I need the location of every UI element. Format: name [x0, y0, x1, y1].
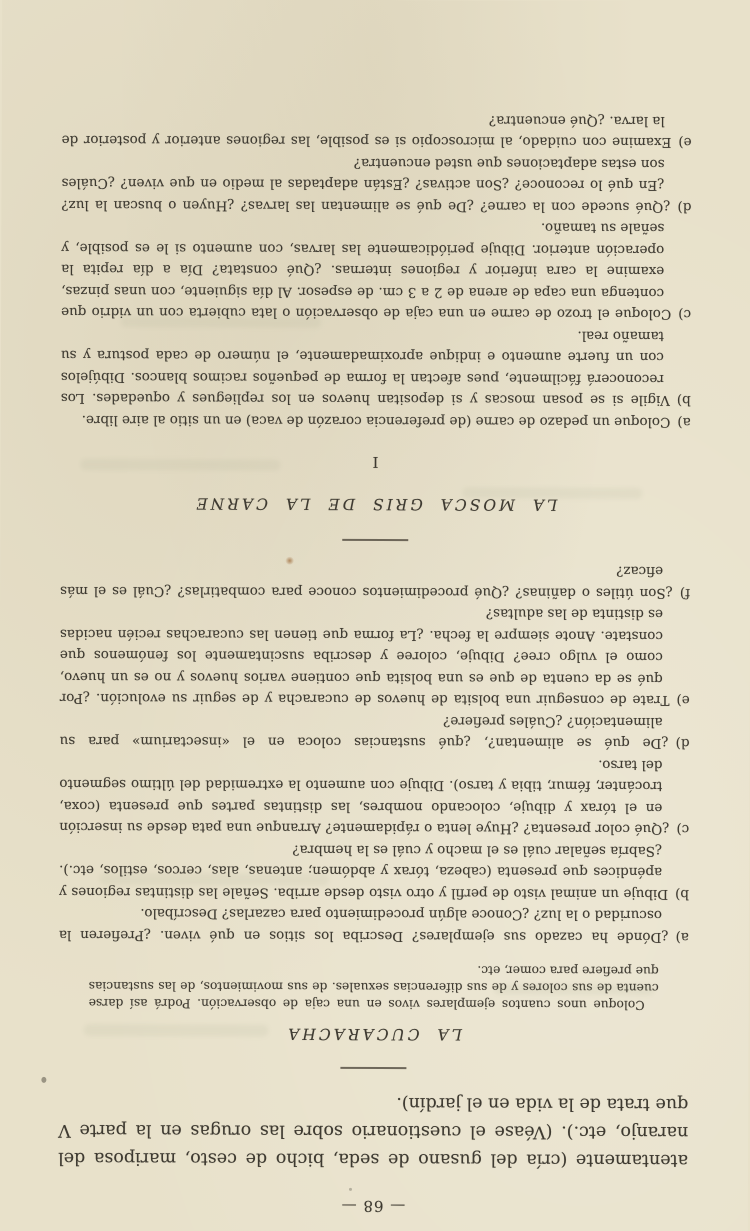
section-divider	[340, 1067, 406, 1069]
opening-paragraph: atentamente (cría del gusano de seda, bi…	[58, 1088, 688, 1174]
questionnaire-mosca: a)Coloque un pedazo de carne (de prefere…	[61, 107, 692, 432]
item-label: c)	[676, 822, 689, 838]
page-number: — 68 —	[58, 1196, 688, 1216]
item-text: Examine con cuidado, al microscopio si e…	[62, 112, 672, 150]
section-divider	[342, 539, 408, 541]
item-label: c)	[678, 307, 691, 323]
questionnaire-item: c)Coloque el trozo de carne en una caja …	[61, 215, 691, 325]
subsection-numeral: I	[61, 452, 691, 472]
scanned-book-page-upside-down: — 68 — atentamente (cría del gusano de s…	[0, 0, 750, 1231]
section-heading-cucaracha: LA CUCARACHA	[59, 1024, 689, 1044]
questionnaire-item: e)Examine con cuidado, al microscopio si…	[62, 107, 692, 152]
item-label: d)	[676, 736, 690, 752]
item-text: Dibuje un animal visto de perfil y otro …	[59, 842, 668, 902]
item-label: d)	[677, 199, 691, 215]
item-text: Coloque un pedazo de carne (de preferenc…	[82, 412, 671, 430]
questionnaire-item: b)Dibuje un animal visto de perfil y otr…	[59, 837, 689, 904]
item-text: ¿Qué sucede con la carne? ¿De qué se ali…	[61, 155, 670, 215]
questionnaire-cucaracha: a)¿Dónde ha cazado sus ejemplares? Descr…	[59, 558, 690, 947]
item-label: a)	[676, 929, 689, 945]
section-note: Coloque unos cuantos ejemplares vivos en…	[89, 960, 659, 1013]
item-text: ¿Qué color presenta? ¿Huye lenta o rápid…	[59, 757, 669, 838]
questionnaire-item: c)¿Qué color presenta? ¿Huye lenta o ráp…	[59, 751, 689, 839]
questionnaire-item: a)¿Dónde ha cazado sus ejemplares? Descr…	[59, 902, 689, 947]
item-text: ¿Dónde ha cazado sus ejemplares? Describ…	[59, 906, 669, 945]
item-text: ¿De qué se alimentan?, ¿qué sustancias c…	[60, 713, 669, 751]
item-text: Trate de conseguir una bolsita de huevos…	[60, 606, 670, 709]
item-label: f)	[680, 585, 690, 601]
item-label: e)	[678, 135, 691, 151]
item-text: Vigile si se posan moscas y si depositan…	[61, 328, 670, 409]
ink-speck	[41, 1077, 46, 1083]
section-heading-mosca: LA MOSCA GRIS DE LA CARNE	[60, 494, 690, 514]
page-content: — 68 — atentamente (cría del gusano de s…	[0, 107, 750, 1231]
questionnaire-item: f)¿Son útiles o dañinas? ¿Qué procedimie…	[60, 558, 690, 603]
item-label: a)	[677, 414, 690, 430]
item-label: e)	[676, 693, 689, 709]
questionnaire-item: e)Trate de conseguir una bolsita de huev…	[60, 601, 690, 711]
questionnaire-item: d)¿De qué se alimentan?, ¿qué sustancias…	[60, 708, 690, 753]
item-text: ¿Son útiles o dañinas? ¿Qué procedimient…	[60, 563, 673, 601]
questionnaire-item: a)Coloque un pedazo de carne (de prefere…	[61, 408, 691, 432]
questionnaire-item: d)¿Qué sucede con la carne? ¿De qué se a…	[61, 150, 691, 217]
questionnaire-item: b)Vigile si se posan moscas y si deposit…	[61, 322, 691, 410]
ink-speck	[349, 1188, 352, 1191]
item-label: b)	[675, 886, 689, 902]
item-label: b)	[677, 393, 691, 409]
foxing-stain	[285, 557, 294, 565]
item-text: Coloque el trozo de carne en una caja de…	[61, 220, 671, 322]
